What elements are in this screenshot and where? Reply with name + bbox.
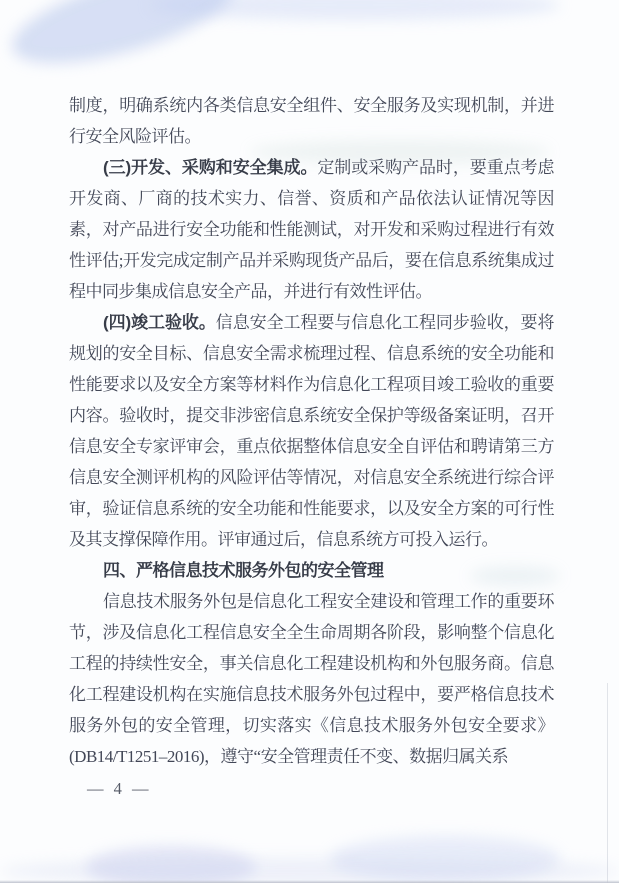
page-footer: — 4 — — [87, 779, 152, 799]
scanned-document-page: 制度，明确系统内各类信息安全组件、安全服务及实现机制，并进行安全风险评估。(三)… — [0, 0, 619, 883]
paper-edge-right — [607, 683, 608, 883]
text-run: 制度，明确系统内各类信息安全组件、安全服务及实现机制，并进行安全风险评估。 — [69, 96, 554, 146]
section-heading: 四、严格信息技术服务外包的安全管理 — [69, 555, 554, 586]
paragraph: 信息技术服务外包是信息化工程安全建设和管理工作的重要环节，涉及信息化工程信息安全… — [69, 586, 554, 772]
scan-smudge-top-left — [3, 0, 243, 82]
scan-smudge-bottom-mid — [330, 836, 560, 882]
text-run: 定制或采购产品时，要重点考虑开发商、厂商的技术实力、信誉、资质和产品依法认证情况… — [69, 158, 554, 301]
document-body: 制度，明确系统内各类信息安全组件、安全服务及实现机制，并进行安全风险评估。(三)… — [69, 90, 554, 772]
paragraph: 制度，明确系统内各类信息安全组件、安全服务及实现机制，并进行安全风险评估。 — [69, 90, 554, 152]
paragraph: (三)开发、采购和安全集成。定制或采购产品时，要重点考虑开发商、厂商的技术实力、… — [69, 152, 554, 307]
scan-smudge-top-band — [150, 0, 560, 20]
paragraph: (四)竣工验收。信息安全工程要与信息化工程同步验收，要将规划的安全目标、信息安全… — [69, 307, 554, 555]
scan-smudge-bottom-left — [86, 846, 256, 883]
text-run: 信息技术服务外包是信息化工程安全建设和管理工作的重要环节，涉及信息化工程信息安全… — [69, 592, 554, 766]
bold-text-run: (四)竣工验收。 — [103, 313, 216, 332]
text-run: 信息安全工程要与信息化工程同步验收，要将规划的安全目标、信息安全需求梳理过程、信… — [69, 313, 554, 549]
bold-text-run: 四、严格信息技术服务外包的安全管理 — [103, 561, 384, 580]
page-number: — 4 — — [87, 779, 152, 798]
bold-text-run: (三)开发、采购和安全集成。 — [103, 158, 317, 177]
